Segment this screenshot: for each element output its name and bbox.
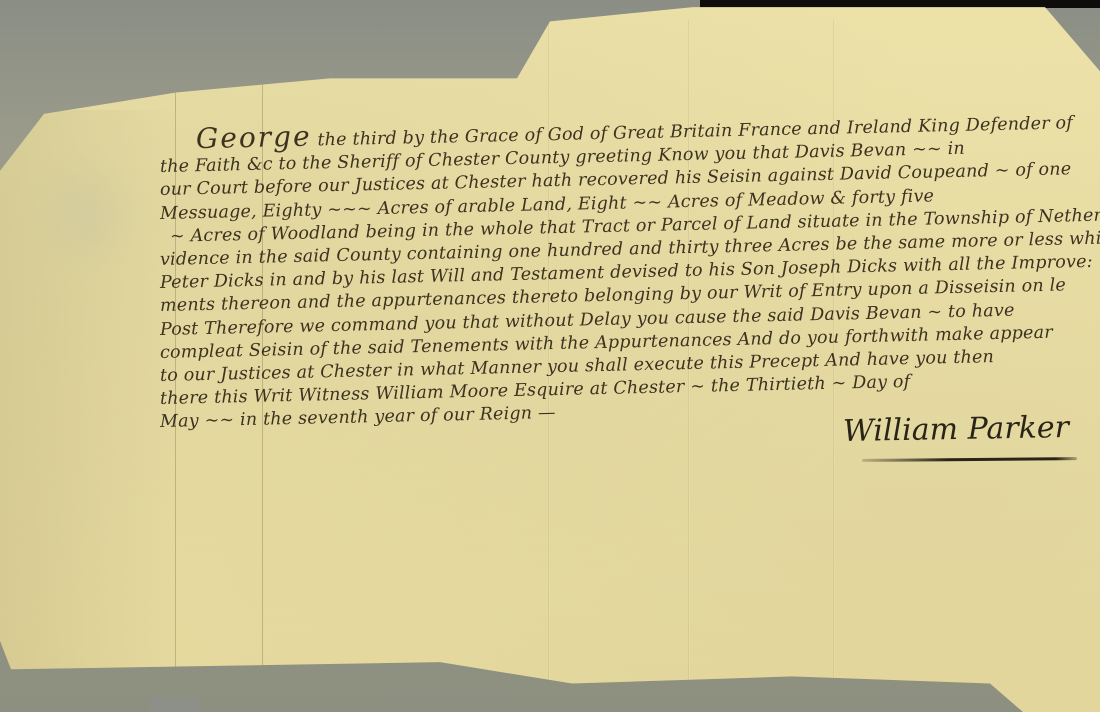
embossed-seal-mark	[25, 150, 145, 280]
opening-word: George	[196, 120, 312, 156]
writ-text: George the third by the Grace of God of …	[160, 128, 1100, 435]
paper-tear	[150, 697, 200, 712]
signature: William Parker	[843, 410, 1069, 449]
document-photo: George the third by the Grace of God of …	[0, 0, 1100, 712]
paper-sheet: George the third by the Grace of God of …	[0, 0, 1100, 712]
photo-border	[700, 0, 1100, 8]
signature-flourish	[862, 457, 1077, 462]
